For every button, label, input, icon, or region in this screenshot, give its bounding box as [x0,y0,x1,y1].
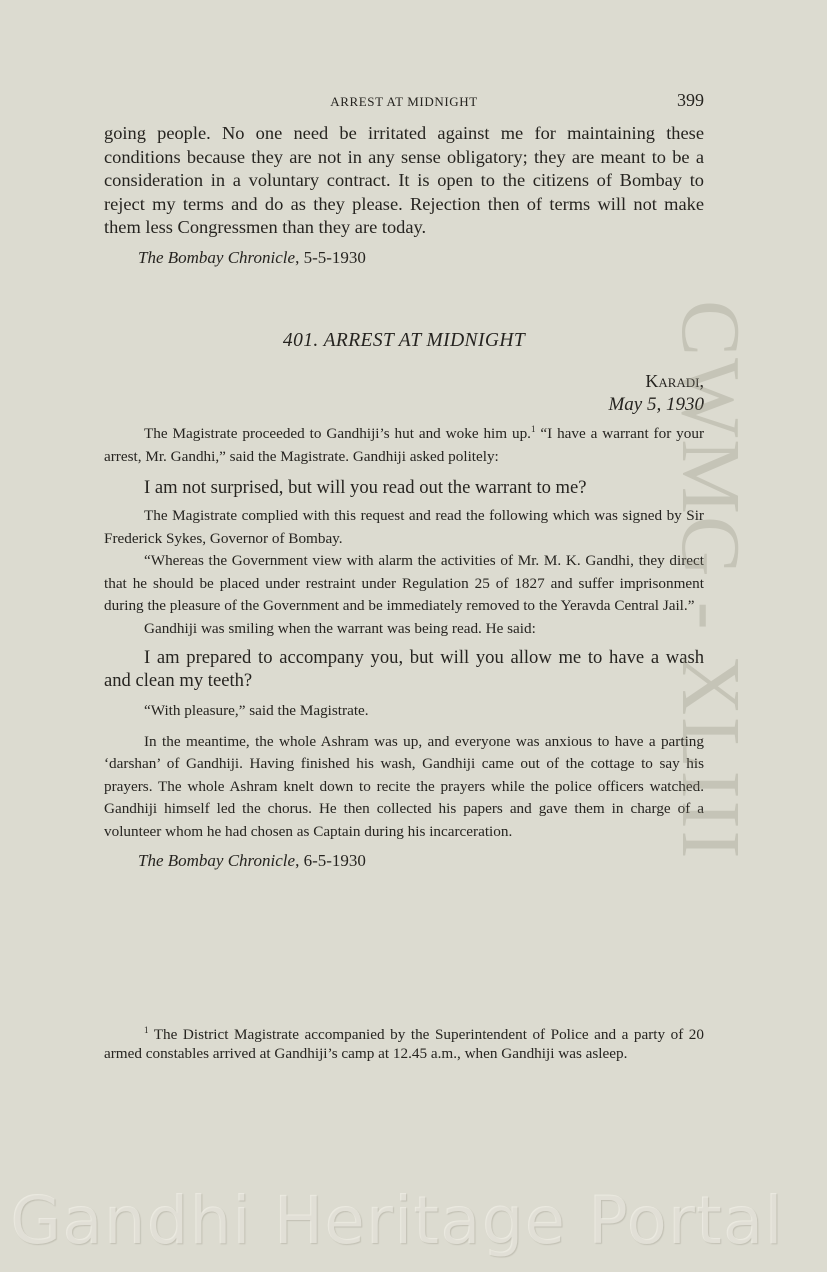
paragraph-4: Gandhiji was smiling when the warrant wa… [104,618,704,641]
running-header: ARREST AT MIDNIGHT 399 [104,90,704,114]
paragraph-6: In the meantime, the whole Ashram was up… [104,731,704,844]
source-citation-2: The Bombay Chronicle, 6-5-1930 [104,851,704,871]
paragraph-5: “With pleasure,” said the Magistrate. [104,700,704,723]
place-name: Karadi, [608,370,704,393]
source-citation-1: The Bombay Chronicle, 5-5-1930 [104,248,704,268]
paragraph-1: The Magistrate proceeded to Gandhiji’s h… [104,423,704,468]
document-heading: 401. ARREST AT MIDNIGHT [104,330,704,352]
paragraph-1-text-a: The Magistrate proceeded to Gandhiji’s h… [144,425,531,442]
source-title: The Bombay Chronicle [138,851,295,870]
place-date-block: Karadi, May 5, 1930 [608,370,704,416]
footnote-1: 1 The District Magistrate accompanied by… [104,1025,704,1063]
continuation-block: going people. No one need be irritated a… [104,122,704,268]
paragraph-3-warrant: “Whereas the Government view with alarm … [104,550,704,618]
watermark-portal: Gandhi Heritage Portal [10,1182,820,1259]
document-body: The Magistrate proceeded to Gandhiji’s h… [104,423,704,871]
paragraph-2: The Magistrate complied with this reques… [104,505,704,550]
document-date: May 5, 1930 [608,393,704,416]
source-date: , 5-5-1930 [295,248,366,267]
continuation-paragraph: going people. No one need be irritated a… [104,122,704,240]
page-number: 399 [677,90,704,111]
gandhi-speech-1: I am not surprised, but will you read ou… [104,476,704,499]
source-date: , 6-5-1930 [295,851,366,870]
footnote-block: 1 The District Magistrate accompanied by… [104,1025,704,1063]
book-page: ARREST AT MIDNIGHT 399 going people. No … [0,0,827,1272]
gandhi-speech-2: I am prepared to accompany you, but will… [104,646,704,692]
running-title: ARREST AT MIDNIGHT [104,94,704,110]
footnote-text: The District Magistrate accompanied by t… [104,1026,704,1062]
source-title: The Bombay Chronicle [138,248,295,267]
